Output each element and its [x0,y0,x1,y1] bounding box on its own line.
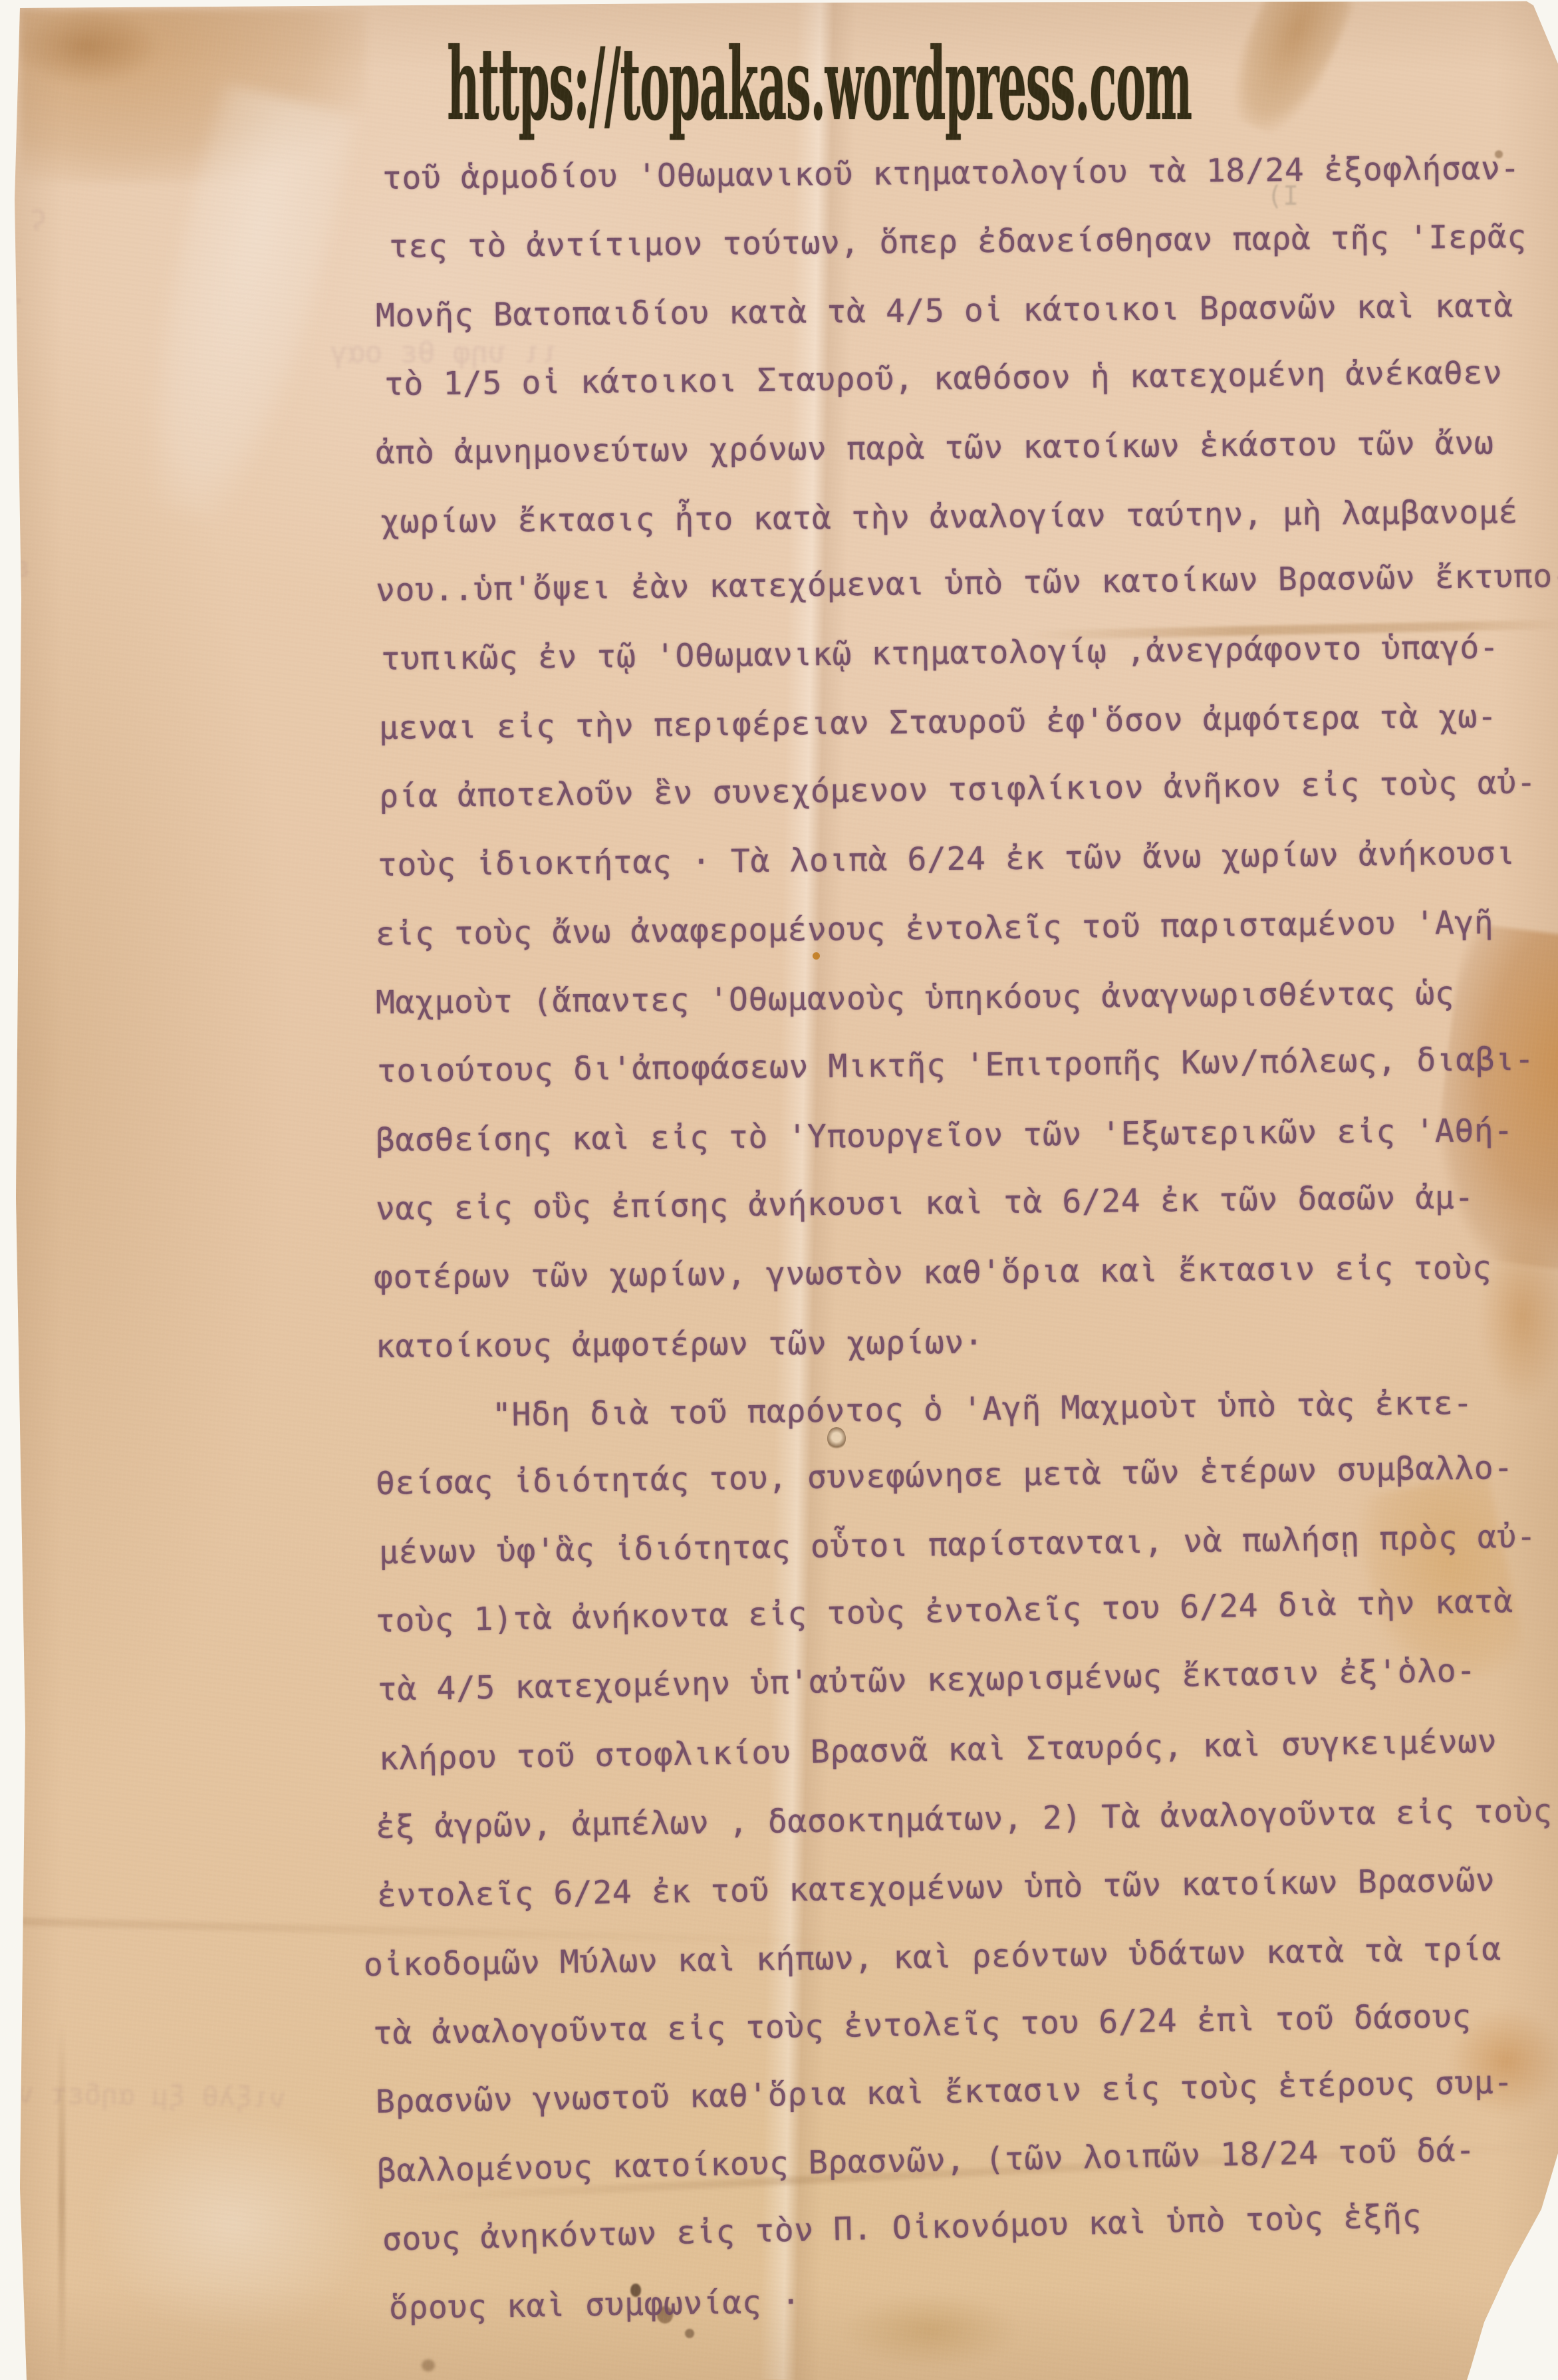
bleedthrough-text: υζ ερςθ [0,1975,19,2010]
bleedthrough-text: (θ τ ·εψ ος [0,459,16,501]
bleedthrough-text: ψγξ ωε [0,665,21,700]
document-line: τοὺς ἰδιοκτήτας · Τὰ λοιπὰ 6/24 ἐκ τῶν ἄ… [378,833,1515,885]
document-line: μένων ὑφ'ἃς ἰδιότητας οὗτοι παρίστανται,… [379,1517,1537,1573]
document-line: ἀπὸ ἀμνημονεύτων χρόνων παρὰ τῶν κατοίκω… [376,423,1494,473]
document-line: τὰ 4/5 κατεχομένην ὑπ'αὐτῶν κεχωρισμένως… [377,1651,1476,1710]
document-line: τὰ ἀναλογοῦντα εἰς τοὺς ἐντολεῖς του 6/2… [373,1996,1472,2053]
document-line: ρία ἀποτελοῦν ἓν συνεχόμενον τσιφλίκιον … [379,763,1537,817]
document-line: ἐξ ἀγρῶν, ἀμπέλων , δασοκτημάτων, 2) Τὰ … [376,1791,1553,1847]
document-line: τυπικῶς ἐν τῷ 'Οθωμανικῷ κτηματολογίῳ ,ἀ… [381,627,1499,679]
document-line: βαλλομένους κατοίκους Βρασνῶν, (τῶν λοιπ… [376,2130,1476,2191]
document-line: θείσας ἰδιότητάς του, συνεφώνησε μετὰ τῶ… [376,1448,1514,1504]
document-line: νου..ὑπ'ὄψει ἐὰν κατεχόμεναι ὑπὸ τῶν κατ… [376,556,1558,610]
document-line: ἐντολεῖς 6/24 ἐκ τοῦ κατεχομένων ὑπὸ τῶν… [377,1861,1495,1916]
document-line: εἰς τοὺς ἄνω ἀναφερομένους ἐντολεῖς τοῦ … [376,902,1494,954]
document-line: σους ἀνηκόντων εἰς τὸν Π. Οἰκονόμου καὶ … [382,2196,1422,2260]
document-line: χωρίων ἔκτασις ἦτο κατὰ τὴν ἀναλογίαν τα… [380,492,1518,542]
document-line: νας εἰς οὓς ἐπίσης ἀνήκουσι καὶ τὰ 6/24 … [376,1178,1474,1229]
document-line: Βρασνῶν γνωστοῦ καθ'ὅρια καὶ ἔκτασιν εἰς… [375,2062,1513,2122]
document-line: "Ηδη διὰ τοῦ παρόντος ὁ 'Αγῆ Μαχμοὺτ ὑπὸ… [492,1383,1474,1435]
document-line: Μαχμοὺτ (ἅπαντες 'Οθωμανοὺς ὑπηκόους ἀνα… [376,974,1455,1023]
paper-sheet: https://topakas.wordpress.com ς ητ ·εσ·π… [0,0,1558,2380]
document-line: οἰκοδομῶν Μύλων καὶ κήπων, καὶ ρεόντων ὑ… [364,1929,1502,1985]
bleedthrough-text: ετεσσο λε ο ο [0,944,12,982]
bleedthrough-text: ξφ' με ; [0,1250,15,1287]
bleedthrough-text: χε ωλ · [0,778,17,813]
scanned-document-page: { "watermark": "https://topakas.wordpres… [0,0,1558,2380]
document-line: κλήρου τοῦ στοφλικίου Βρασνᾶ καὶ Σταυρός… [379,1722,1497,1779]
document-line: τὸ 1/5 οἱ κάτοικοι Σταυροῦ, καθόσον ἡ κα… [384,352,1503,404]
document-line: φοτέρων τῶν χωρίων, γνωστὸν καθ'ὅρια καὶ… [374,1248,1492,1297]
document-line: ὅρους καὶ συμφωνίας · [389,2282,801,2328]
document-line: βασθείσης καὶ εἰς τὸ 'Υπουργεῖον τῶν 'Εξ… [376,1111,1513,1160]
document-line: τοὺς 1)τὰ ἀνήκοντα εἰς τοὺς ἐντολεῖς του… [375,1581,1513,1641]
document-line: κατοίκους ἀμφοτέρων τῶν χωρίων· [376,1323,984,1367]
bleedthrough-text: αγψρλο · [0,1037,19,1073]
document-line: τοιούτους δι'ἀποφάσεων Μικτῆς 'Επιτροπῆς… [377,1039,1535,1091]
bleedthrough-text: ζ ςεγοιος — [0,1623,17,1659]
typewritten-text-block: τοῦ ἁρμοδίου 'Οθωμανικοῦ κτηματολογίου τ… [0,0,1558,2380]
document-line: Μονῆς Βατοπαιδίου κατὰ τὰ 4/5 οἱ κάτοικο… [376,286,1513,336]
bleedthrough-text: —· : (ε ςθ ψλ φο [0,1456,8,1494]
document-line: τοῦ ἁρμοδίου 'Οθωμανικοῦ κτηματολογίου τ… [382,148,1520,198]
document-line: τες τὸ ἀντίτιμον τούτων, ὅπερ ἐδανείσθησ… [389,217,1527,267]
bleedthrough-text: πξ ιμ λβο [0,1789,14,1825]
document-line: μεναι εἰς τὴν περιφέρειαν Σταυροῦ ἐφ'ὅσο… [379,696,1497,748]
bleedthrough-text: — ν' υ ςτε [0,372,19,408]
